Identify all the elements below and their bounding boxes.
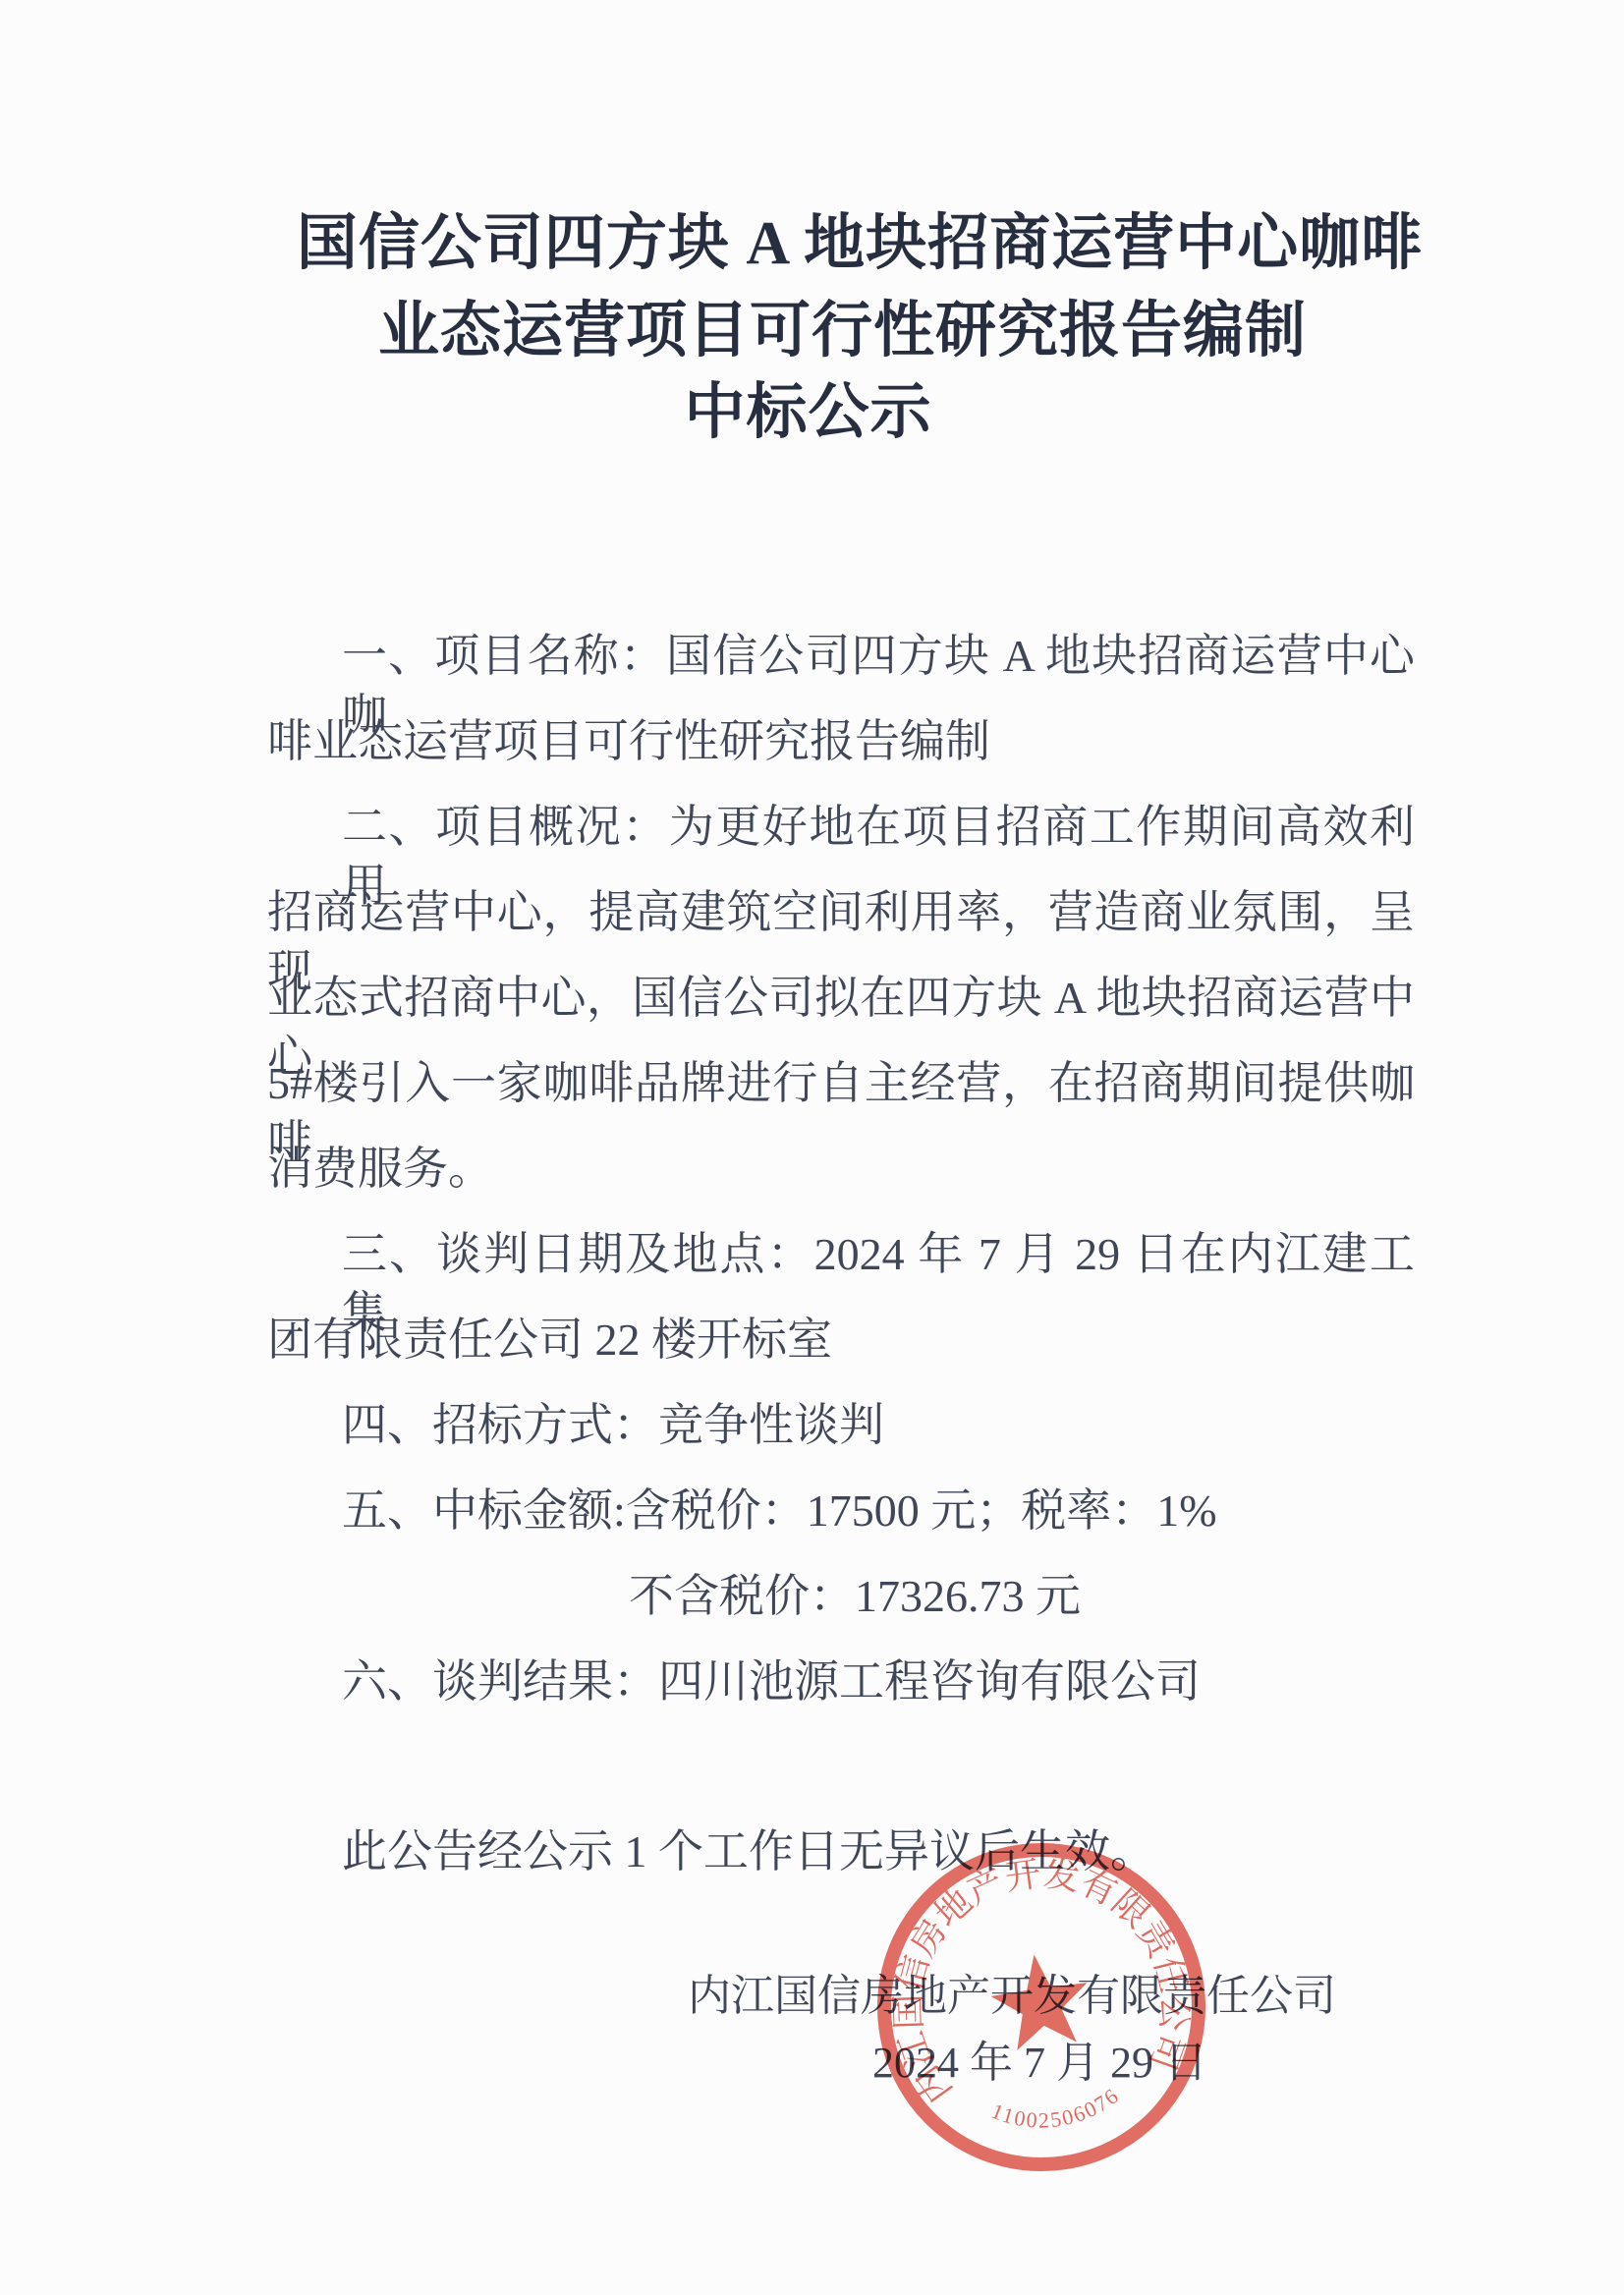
document-title-line-3: 中标公示 (678, 376, 938, 449)
official-seal: 内江国信房地产开发有限责任公司 5110025060765 (842, 1808, 1242, 2208)
body-line-project-overview: 二、项目概况：为更好地在项目招商工作期间高效利用 (267, 798, 1415, 857)
body-line-project-name-cont: 啡业态运营项目可行性研究报告编制 (267, 712, 1415, 771)
seal-star-icon (986, 1948, 1095, 2053)
body-line-overview-cont-2: 业态式招商中心，国信公司拟在四方块 A 地块招商运营中心 (267, 969, 1415, 1028)
body-line-negotiation-result: 六、谈判结果：四川池源工程咨询有限公司 (267, 1652, 1415, 1711)
body-line-project-name: 一、项目名称：国信公司四方块 A 地块招商运营中心咖 (267, 627, 1415, 686)
document-title-line-2: 业态运营项目可行性研究报告编制 (378, 295, 1223, 367)
scanned-document-page: 国信公司四方块 A 地块招商运营中心咖啡 业态运营项目可行性研究报告编制 中标公… (0, 0, 1624, 2295)
body-line-overview-cont-1: 招商运营中心，提高建筑空间利用率，营造商业氛围，呈现 (267, 883, 1415, 942)
body-line-negotiation-date-cont: 团有限责任公司 22 楼开标室 (267, 1311, 1415, 1370)
document-title-line-1: 国信公司四方块 A 地块招商运营中心咖啡 (295, 207, 1425, 280)
body-line-overview-cont-4: 消费服务。 (267, 1140, 1415, 1199)
body-line-amount-excl-tax: 不含税价：17326.73 元 (629, 1567, 1415, 1626)
body-line-negotiation-date: 三、谈判日期及地点：2024 年 7 月 29 日在内江建工集 (267, 1225, 1415, 1284)
body-line-bid-method: 四、招标方式：竞争性谈判 (267, 1396, 1415, 1455)
body-line-bid-amount: 五、中标金额:含税价：17500 元；税率：1% (267, 1482, 1415, 1540)
effective-notice-line: 此公告经公示 1 个工作日无异议后生效。 (267, 1822, 1415, 1881)
body-line-overview-cont-3: 5#楼引入一家咖啡品牌进行自主经营，在招商期间提供咖啡 (267, 1054, 1415, 1113)
